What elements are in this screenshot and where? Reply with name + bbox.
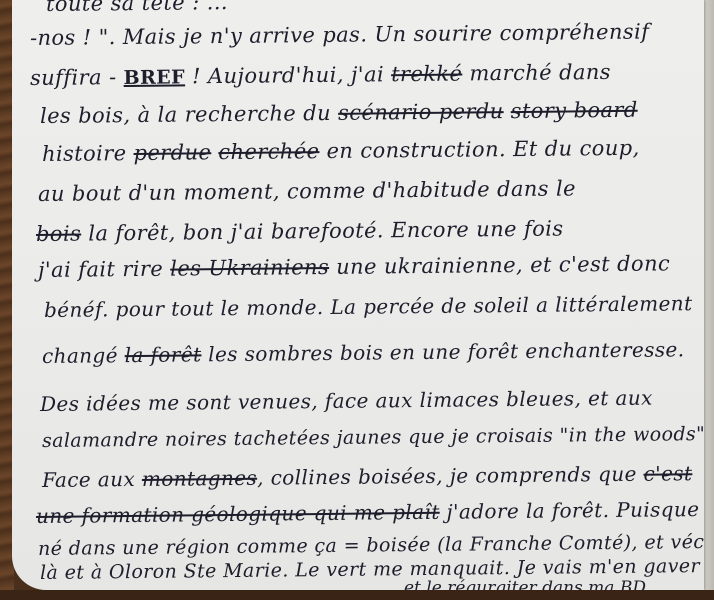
line-8: j'ai fait rire les Ukrainiens une ukrain… (38, 251, 670, 282)
line-13: Face aux montagnes, collines boisées, je… (42, 461, 693, 492)
struck-phrase: une formation géologique qui me plaît (36, 500, 440, 528)
line-2: -nos ! ". Mais je n'y arrive pas. Un sou… (30, 20, 650, 50)
struck-word: la forêt (125, 342, 202, 367)
text-segment: au bout d'un moment, comme d'habitude da… (38, 176, 576, 206)
text-segment: Des idées me sont venues, face aux limac… (40, 386, 653, 416)
text-segment: changé (42, 343, 125, 368)
text-segment: la forêt, bon j'ai barefooté. Encore une… (81, 216, 564, 245)
text-segment: les sombres bois en une forêt enchantere… (201, 337, 684, 366)
text-segment: toute sa tête : ... (46, 0, 228, 16)
line-6: au bout d'un moment, comme d'habitude da… (38, 176, 576, 206)
notebook-page: toute sa tête : ... -nos ! ". Mais je n'… (12, 0, 704, 590)
line-12: salamandre noires tachetées jaunes que j… (42, 423, 704, 452)
desk-bottom-edge (0, 590, 714, 600)
text-segment: en construction. Et du coup, (319, 136, 639, 163)
struck-word: perdue (133, 140, 211, 165)
struck-word: cherchée (218, 139, 319, 164)
line-11: Des idées me sont venues, face aux limac… (40, 386, 653, 416)
text-segment: -nos ! ". Mais je n'y arrive pas. Un sou… (30, 20, 650, 50)
text-segment: histoire (42, 141, 134, 166)
line-7: bois la forêt, bon j'ai barefooté. Encor… (36, 216, 564, 246)
line-4: les bois, à la recherche du scénario per… (40, 98, 638, 128)
struck-word: c'est (643, 461, 692, 486)
text-segment: bénéf. pour tout le monde. La percée de … (44, 291, 693, 322)
text-segment: suffira - (30, 65, 124, 90)
line-14: une formation géologique qui me plaît j'… (36, 497, 700, 528)
text-segment: marché dans (462, 60, 611, 86)
struck-word: les Ukrainiens (170, 255, 329, 281)
line-3: suffira - BREF ! Aujourd'hui, j'ai trekk… (30, 60, 611, 90)
text-segment: , collines boisées, je comprends que (257, 462, 644, 490)
struck-word: scénario perdu (338, 99, 504, 125)
text-segment: Face aux (42, 467, 142, 492)
line-10: changé la forêt les sombres bois en une … (42, 337, 685, 368)
text-segment: j'adore la forêt. Puisque (440, 497, 700, 524)
struck-word: story board (511, 98, 638, 123)
struck-word: trekké (391, 61, 462, 86)
text-segment: les bois, à la recherche du (40, 101, 338, 128)
line-1: toute sa tête : ... (46, 0, 228, 16)
struck-word: bois (36, 222, 81, 246)
struck-word: montagnes (142, 466, 257, 491)
text-segment: j'ai fait rire (38, 257, 170, 282)
line-9: bénéf. pour tout le monde. La percée de … (44, 291, 693, 322)
underlined-word: BREF (123, 66, 185, 89)
text-segment: salamandre noires tachetées jaunes que j… (42, 423, 704, 452)
text-segment: ! Aujourd'hui, j'ai (185, 62, 391, 88)
inserted-note: et le régurgiter dans ma BD ... (404, 578, 668, 590)
text-segment: et le régurgiter dans ma BD ... (404, 578, 668, 590)
line-5: histoire perdue cherchée en construction… (42, 136, 640, 166)
text-segment: une ukrainienne, et c'est donc (329, 251, 670, 279)
